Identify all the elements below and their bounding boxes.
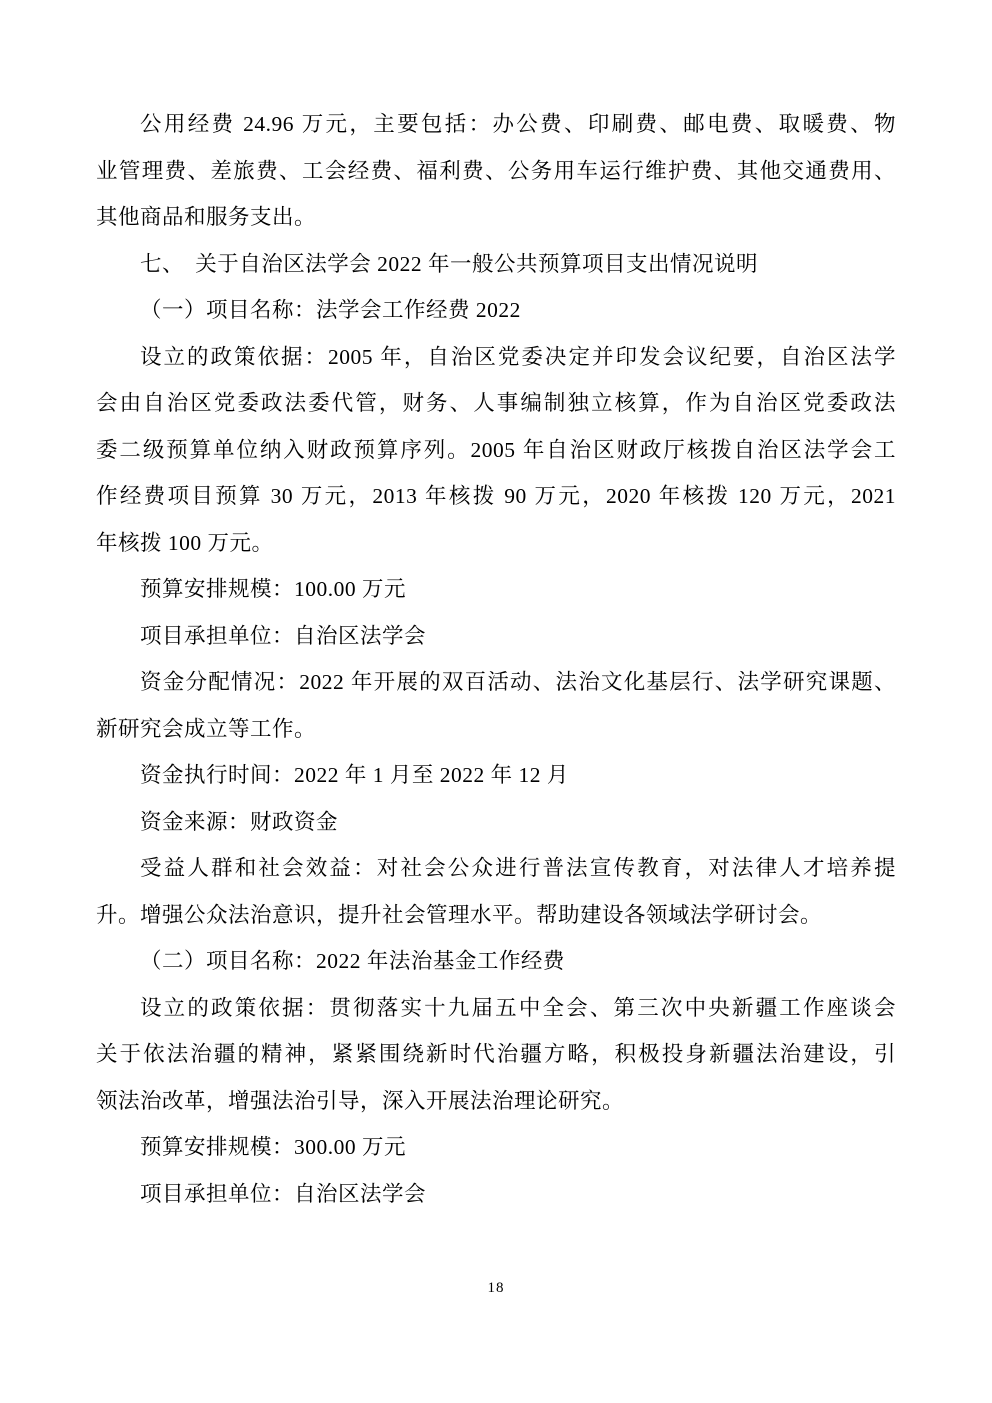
text-line: 设立的政策依据：2005 年，自治区党委决定并印发会议纪要，自治区法学 (96, 334, 896, 381)
text-line: 资金分配情况：2022 年开展的双百活动、法治文化基层行、法学研究课题、 (96, 659, 896, 706)
text-line: 资金执行时间：2022 年 1 月至 2022 年 12 月 (96, 752, 896, 799)
text-line: 委二级预算单位纳入财政预算序列。2005 年自治区财政厅核拨自治区法学会工 (96, 427, 896, 474)
text-line: 预算安排规模：100.00 万元 (96, 566, 896, 613)
text-line: （二）项目名称：2022 年法治基金工作经费 (96, 938, 896, 985)
text-line: 资金来源：财政资金 (96, 799, 896, 846)
text-line: （一）项目名称：法学会工作经费 2022 (96, 287, 896, 334)
text-line: 项目承担单位：自治区法学会 (96, 1171, 896, 1218)
text-line: 领法治改革，增强法治引导，深入开展法治理论研究。 (96, 1078, 896, 1125)
text-line: 年核拨 100 万元。 (96, 520, 896, 567)
document-page: 公用经费 24.96 万元，主要包括：办公费、印刷费、邮电费、取暖费、物业管理费… (0, 0, 992, 1403)
text-line: 预算安排规模：300.00 万元 (96, 1124, 896, 1171)
text-line: 升。增强公众法治意识，提升社会管理水平。帮助建设各领域法学研讨会。 (96, 892, 896, 939)
page-number: 18 (0, 1280, 992, 1297)
text-line: 项目承担单位：自治区法学会 (96, 613, 896, 660)
text-line: 关于依法治疆的精神，紧紧围绕新时代治疆方略，积极投身新疆法治建设，引 (96, 1031, 896, 1078)
text-line: 新研究会成立等工作。 (96, 706, 896, 753)
text-line: 公用经费 24.96 万元，主要包括：办公费、印刷费、邮电费、取暖费、物 (96, 101, 896, 148)
text-line: 设立的政策依据：贯彻落实十九届五中全会、第三次中央新疆工作座谈会 (96, 985, 896, 1032)
document-body: 公用经费 24.96 万元，主要包括：办公费、印刷费、邮电费、取暖费、物业管理费… (96, 101, 896, 1217)
text-line: 会由自治区党委政法委代管，财务、人事编制独立核算，作为自治区党委政法 (96, 380, 896, 427)
text-line: 业管理费、差旅费、工会经费、福利费、公务用车运行维护费、其他交通费用、 (96, 148, 896, 195)
text-line: 其他商品和服务支出。 (96, 194, 896, 241)
text-line: 七、 关于自治区法学会 2022 年一般公共预算项目支出情况说明 (96, 241, 896, 288)
text-line: 作经费项目预算 30 万元，2013 年核拨 90 万元，2020 年核拨 12… (96, 473, 896, 520)
text-line: 受益人群和社会效益：对社会公众进行普法宣传教育，对法律人才培养提 (96, 845, 896, 892)
